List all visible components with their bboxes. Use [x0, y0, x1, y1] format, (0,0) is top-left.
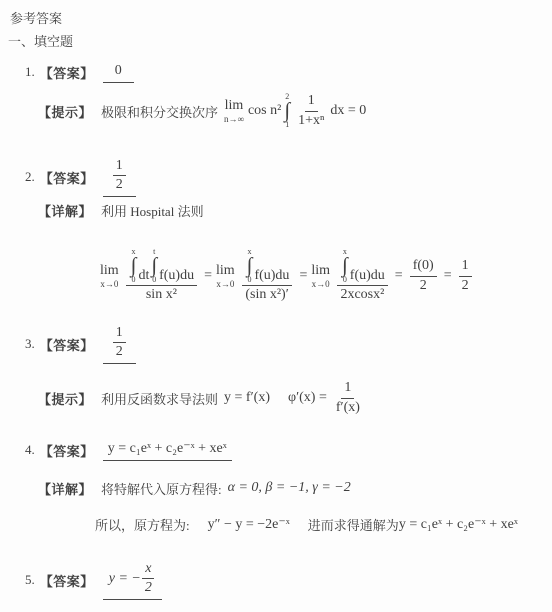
page-title-text: 参考答案: [10, 8, 62, 27]
q2-limit-operator-1: lim x→0: [100, 264, 119, 289]
q1-fraction-denominator: 1+xⁿ: [295, 112, 327, 129]
q2-term3-fraction: x ∫ 0 f(u)du 2xcosx²: [337, 248, 388, 303]
q2-term3-integral: x ∫ 0: [342, 248, 348, 284]
integral-icon: ∫: [284, 101, 290, 121]
q2-formula-row: lim x→0 x ∫ 0 dt t ∫ 0 f(u)du sin x² =: [100, 238, 475, 314]
q2-limit-operator-3: lim x→0: [311, 264, 330, 289]
q4-conclusion-mid: 进而求得通解为: [308, 515, 399, 534]
q4-conclusion-equation: y″ − y = −2e⁻ˣ: [208, 516, 290, 533]
q5-answer-label: 【答案】: [40, 571, 94, 590]
q3-hint-row: 【提示】 利用反函数求导法则 y = f′(x) φ′(x) = 1 f′(x): [38, 378, 366, 418]
q1-fraction: 1 1+xⁿ: [295, 93, 327, 128]
q2-term1-integral-2: t ∫ 0: [151, 248, 157, 284]
q1-answer-underline: 0: [103, 62, 134, 83]
q2-term1-int2-lower: 0: [152, 276, 156, 284]
q3-hint-text: 利用反函数求导法则: [101, 389, 218, 408]
q2-detail-row: 【详解】 利用 Hospital 法则: [38, 200, 204, 220]
q2-term2-integral: x ∫ 0: [247, 248, 253, 284]
q2-term3-numerator: x ∫ 0 f(u)du: [337, 248, 388, 286]
q1-answer-row: 1. 【答案】 0: [25, 60, 134, 84]
q2-answer-underline: 1 2: [103, 157, 136, 197]
q2-term5-denominator: 2: [459, 277, 472, 294]
q2-term2-denominator: (sin x²)′: [242, 286, 291, 303]
q3-answer-row: 3. 【答案】 1 2: [25, 322, 136, 366]
q3-formula2-denominator: f′(x): [333, 399, 363, 416]
q2-term1-integrand: f(u)du: [159, 268, 194, 284]
q1-lim-subscript: n→∞: [224, 115, 244, 124]
q2-detail-label: 【详解】: [38, 201, 92, 220]
q2-term1-numerator: x ∫ 0 dt t ∫ 0 f(u)du: [126, 248, 197, 286]
equals-sign: =: [204, 268, 212, 284]
q3-formula2-fraction: 1 f′(x): [333, 380, 363, 415]
q4-detail-text: 将特解代入原方程得:: [101, 479, 222, 498]
q3-answer-denominator: 2: [113, 343, 126, 360]
q1-hint-label: 【提示】: [38, 102, 92, 121]
q5-answer-numerator: x: [142, 561, 154, 579]
q2-term3-int-lower: 0: [343, 276, 347, 284]
q1-integral-lower-limit: 1: [285, 121, 289, 129]
equals-sign: =: [299, 268, 307, 284]
q2-lim-word-1: lim: [100, 264, 119, 278]
q3-formula2-lhs: φ′(x) =: [288, 390, 327, 406]
q2-term4-fraction: f(0) 2: [410, 258, 437, 293]
q2-answer-denominator: 2: [113, 176, 126, 193]
section-heading: 一、填空题: [8, 31, 73, 50]
q2-lim-subscript-3: x→0: [312, 280, 330, 289]
q4-detail-math: α = 0, β = −1, γ = −2: [228, 480, 351, 496]
q2-term2-integrand: f(u)du: [254, 268, 289, 284]
q4-conclusion-row: 所以，原方程为: y″ − y = −2e⁻ˣ 进而求得通解为 y = c₁eˣ…: [95, 514, 518, 534]
q1-fraction-numerator: 1: [305, 93, 318, 111]
equals-sign: =: [444, 268, 452, 284]
q3-hint-label: 【提示】: [38, 389, 92, 408]
q5-number: 5.: [25, 572, 35, 588]
q4-answer-value: y = c₁eˣ + c₂e⁻ˣ + xeˣ: [108, 440, 227, 457]
q3-answer-fraction: 1 2: [113, 325, 126, 360]
q4-answer-row: 4. 【答案】 y = c₁eˣ + c₂e⁻ˣ + xeˣ: [25, 436, 232, 464]
q5-answer-underline: y = − x 2: [103, 560, 162, 600]
q1-lim-word: lim: [225, 99, 244, 113]
q2-term5-fraction: 1 2: [459, 258, 472, 293]
q4-conclusion-pre: 所以，原方程为:: [95, 515, 190, 534]
q2-lim-subscript-2: x→0: [216, 280, 234, 289]
q1-hint-text: 极限和积分交换次序: [101, 102, 218, 121]
integral-icon: ∫: [342, 256, 348, 276]
section-heading-text: 一、填空题: [8, 31, 73, 50]
q1-number: 1.: [25, 64, 35, 80]
q2-answer-label: 【答案】: [40, 168, 94, 187]
q2-term1-int1-lower: 0: [132, 276, 136, 284]
q2-answer-numerator: 1: [113, 158, 126, 176]
q2-term4-denominator: 2: [417, 277, 430, 294]
q1-answer-value: 0: [115, 63, 122, 79]
q4-number: 4.: [25, 442, 35, 458]
q2-term1-fraction: x ∫ 0 dt t ∫ 0 f(u)du sin x²: [126, 248, 197, 303]
q4-answer-label: 【答案】: [40, 441, 94, 460]
q1-formula-tail: dx = 0: [330, 103, 366, 119]
q4-detail-row: 【详解】 将特解代入原方程得: α = 0, β = −1, γ = −2: [38, 478, 351, 498]
q3-answer-numerator: 1: [113, 325, 126, 343]
q2-lim-word-3: lim: [311, 264, 330, 278]
q2-term3-integrand: f(u)du: [350, 268, 385, 284]
q3-formula2-numerator: 1: [341, 380, 354, 398]
q4-answer-underline: y = c₁eˣ + c₂e⁻ˣ + xeˣ: [103, 439, 232, 461]
q2-term4-numerator: f(0): [410, 258, 437, 276]
equals-sign: =: [395, 268, 403, 284]
q2-term2-fraction: x ∫ 0 f(u)du (sin x²)′: [242, 248, 293, 303]
q2-answer-row: 2. 【答案】 1 2: [25, 155, 136, 199]
integral-icon: ∫: [131, 256, 137, 276]
integral-icon: ∫: [247, 256, 253, 276]
q2-answer-fraction: 1 2: [113, 158, 126, 193]
q2-term2-numerator: x ∫ 0 f(u)du: [242, 248, 293, 286]
q5-answer-denominator: 2: [142, 579, 155, 596]
q2-term1-integral-1: x ∫ 0: [131, 248, 137, 284]
q3-answer-underline: 1 2: [103, 324, 136, 364]
q4-conclusion-general-solution: y = c₁eˣ + c₂e⁻ˣ + xeˣ: [399, 516, 518, 533]
q5-answer-prefix: y = −: [109, 571, 141, 587]
q2-detail-text: 利用 Hospital 法则: [101, 201, 204, 220]
q1-hint-row: 【提示】 极限和积分交换次序 lim n→∞ cos n² 2 ∫ 1 1 1+…: [38, 88, 366, 134]
q4-detail-label: 【详解】: [38, 479, 92, 498]
q1-answer-label: 【答案】: [40, 63, 94, 82]
q3-answer-label: 【答案】: [40, 335, 94, 354]
q2-term2-int-lower: 0: [248, 276, 252, 284]
q3-number: 3.: [25, 336, 35, 352]
integral-icon: ∫: [151, 256, 157, 276]
q2-term3-denominator: 2xcosx²: [337, 286, 387, 303]
page-title: 参考答案: [10, 8, 62, 27]
q2-lim-subscript-1: x→0: [100, 280, 118, 289]
answer-sheet-page: 参考答案 一、填空题 1. 【答案】 0 【提示】 极限和积分交换次序 lim …: [0, 0, 552, 612]
q2-lim-word-2: lim: [216, 264, 235, 278]
q3-formula1: y = f′(x): [224, 390, 270, 406]
q1-limit-operator: lim n→∞: [224, 99, 244, 124]
q2-limit-operator-2: lim x→0: [216, 264, 235, 289]
q2-term5-numerator: 1: [459, 258, 472, 276]
q5-answer-fraction: x 2: [142, 561, 155, 596]
q1-integral-sign: 2 ∫ 1: [284, 93, 290, 129]
q1-cos-term: cos n²: [248, 103, 281, 119]
q5-answer-row: 5. 【答案】 y = − x 2: [25, 557, 162, 603]
q2-term1-denominator: sin x²: [143, 286, 180, 303]
q2-number: 2.: [25, 169, 35, 185]
q2-term1-dt: dt: [138, 268, 149, 284]
